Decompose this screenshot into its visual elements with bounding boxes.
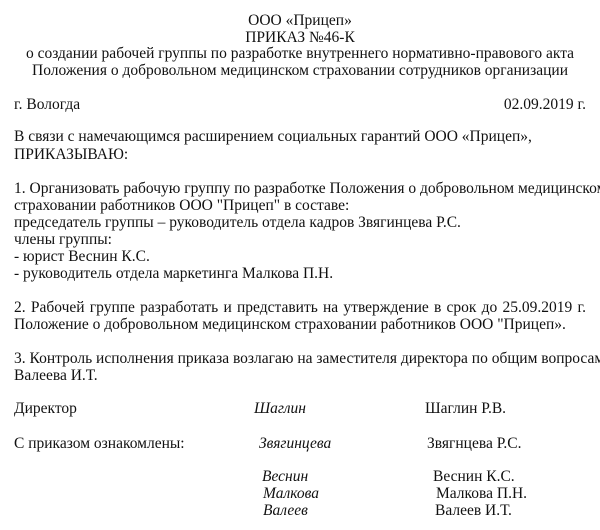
preamble-line-1: В связи с намечающимся расширением социа… <box>14 128 532 145</box>
order-subject-line-2: Положения о добровольном медицинском стр… <box>0 62 600 79</box>
acquainted-signature-2: Веснин <box>262 468 308 485</box>
item-2-line-2: Положение о добровольном медицинском стр… <box>14 316 566 333</box>
company-name: ООО «Прицеп» <box>0 12 600 29</box>
item-1-line-1: 1. Организовать рабочую группу по разраб… <box>14 180 600 197</box>
acquainted-name-1: Звягнцева Р.С. <box>427 435 521 452</box>
item-2-line-1: 2. Рабочей группе разработать и представ… <box>14 299 586 316</box>
order-number: ПРИКАЗ №46-К <box>0 29 600 46</box>
acquainted-label: С приказом ознакомлены: <box>14 435 185 452</box>
item-1-line-4: члены группы: <box>14 231 112 248</box>
director-signature: Шаглин <box>254 400 306 417</box>
city: г. Вологда <box>14 96 80 113</box>
item-1-line-6: - руководитель отдела маркетинга Малкова… <box>14 265 333 282</box>
item-3-line-1: 3. Контроль исполнения приказа возлагаю … <box>14 350 586 367</box>
order-subject-line-1: о создании рабочей группы по разработке … <box>0 45 600 62</box>
preamble-line-2: ПРИКАЗЫВАЮ: <box>14 146 128 163</box>
item-3-line-2: Валеева И.Т. <box>14 367 98 384</box>
acquainted-signature-1: Звягинцева <box>259 435 331 452</box>
director-role: Директор <box>14 400 77 417</box>
order-date: 02.09.2019 г. <box>504 96 586 113</box>
acquainted-signature-3: Малкова <box>263 485 319 502</box>
director-name: Шаглин Р.В. <box>425 400 506 417</box>
acquainted-signature-4: Валеев <box>263 502 308 519</box>
acquainted-name-3: Малкова П.Н. <box>436 485 527 502</box>
item-1-line-3: председатель группы – руководитель отдел… <box>14 214 461 231</box>
item-1-line-5: - юрист Веснин К.С. <box>14 248 150 265</box>
acquainted-name-2: Веснин К.С. <box>433 468 515 485</box>
item-1-line-2: страховании работников ООО "Прицеп" в со… <box>14 197 349 214</box>
acquainted-name-4: Валеев И.Т. <box>435 502 512 519</box>
